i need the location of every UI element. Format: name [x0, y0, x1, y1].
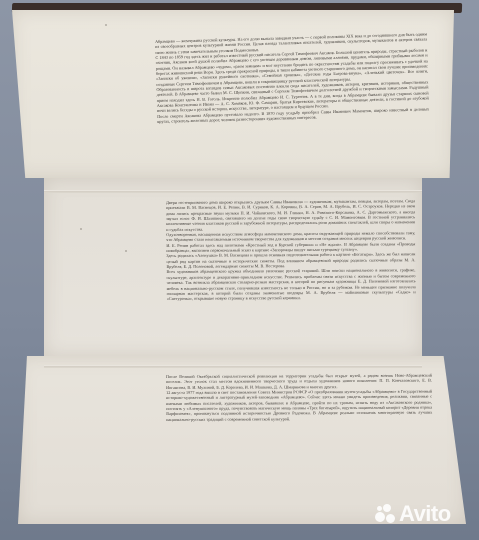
paragraph: 12 августа 1977 года вышло в свет постан…	[166, 389, 432, 422]
paragraph: Здесь родилась «Аленушка» В. М. Васнецов…	[166, 252, 415, 270]
fold-crease	[44, 365, 422, 368]
fold-crease	[44, 190, 422, 193]
watermark-label: Avito	[399, 501, 451, 527]
text-block-museum: После Великой Октябрьской социалистическ…	[166, 373, 432, 422]
paragraph: После Великой Октябрьской социалистическ…	[166, 373, 432, 390]
folded-leaflet: Абрамцево — жемчужина русской культуры. …	[0, 0, 479, 540]
avito-logo-icon	[374, 503, 396, 525]
paragraph: Двери гостеприимного дома широко открыли…	[166, 198, 415, 232]
avito-watermark: Avito	[374, 502, 451, 526]
paper-speck	[80, 228, 82, 230]
text-block-mamontov: Двери гостеприимного дома широко открыли…	[166, 198, 416, 301]
text-block-aksakov: Абрамцево — жемчужина русской культуры. …	[155, 31, 429, 124]
paper-speck	[125, 250, 127, 252]
paragraph: Всех художников абрамцевского кружка объ…	[166, 268, 415, 302]
paper-speck	[105, 24, 107, 26]
